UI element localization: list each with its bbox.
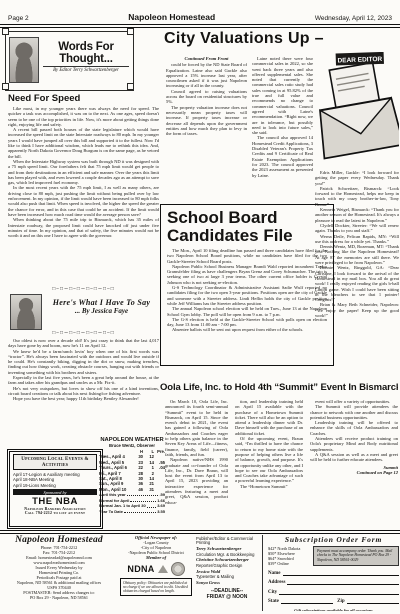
staff-role: Publisher/Editor & Commercial Printing	[196, 537, 258, 547]
footer-paper-name: Napoleon Homestead	[2, 535, 116, 545]
subscription-fields: NameAddressCity	[268, 571, 399, 595]
words-for-thought-title: Words For Thought...	[43, 41, 129, 65]
footer-masthead: Napoleon Homestead Phone: 701-754-2212Fa…	[2, 535, 116, 611]
price-line: $39* Online	[268, 561, 310, 566]
staff-name: Sonya Gross	[196, 580, 258, 585]
paragraph: Napoleon native/NHS 1990 graduate and co…	[165, 457, 228, 505]
zip-field-label: Zip	[337, 599, 345, 604]
paragraph: Council agreed to raising valuations acr…	[166, 89, 247, 105]
field-label: Address	[268, 580, 285, 585]
page-header: Page 2 Napoleon Homestead Wednesday, Apr…	[8, 12, 392, 22]
frame-corner-icon	[127, 83, 134, 90]
paragraph: Attendees will receive product training …	[310, 436, 398, 452]
field-label: City	[268, 590, 277, 595]
oola-col3: event will offer a variety of opportunit…	[310, 399, 398, 527]
weather-total-value: 3.55	[157, 509, 165, 515]
dot-leader	[124, 512, 156, 513]
page-number: Page 2	[8, 15, 29, 22]
subscription-prices: $42* North Dakota$50* Elsewhere$64* Snow…	[268, 546, 310, 566]
weather-totals: April this year.59Normal for April1.66No…	[99, 492, 165, 514]
paragraph: Especially in the last five years, he's …	[8, 375, 159, 386]
state-field-label: State	[268, 599, 279, 604]
paragraph: He's not very outspoken, but loves to sh…	[8, 386, 159, 397]
dot-leader	[147, 507, 156, 508]
footer-official: Official Newspaper of: -Logan County-Cit…	[120, 535, 192, 611]
gift-note: Gift subscriptions available for all occ…	[268, 608, 399, 611]
footer-rule	[0, 530, 400, 534]
oola-headline: Oola Life, Inc. to Hold 4th “Summit” Eve…	[160, 382, 398, 396]
paragraph: The G-S election is held at the Gackle-S…	[167, 317, 327, 328]
oola-col2: tion, and leadership training held on Ap…	[235, 399, 303, 527]
city-valuations-headline: City Valuations Up –	[164, 30, 354, 50]
editor-photo	[9, 37, 39, 83]
paragraph: Napoleon Public School Business Manager …	[167, 264, 327, 285]
field-line	[283, 571, 400, 576]
paragraph: When thinking about the 75 mile trip to …	[8, 217, 159, 238]
paragraph: The “Hometown Summit”	[235, 484, 303, 489]
staff-list: Publisher/Editor & Commercial PrintingTe…	[196, 537, 258, 585]
field-line	[287, 580, 399, 585]
weather-total-label: Year To Date	[99, 509, 123, 515]
frame-corner-icon	[2, 28, 9, 35]
article-need-for-speed: Need For Speed Like most, in my younger …	[8, 93, 159, 285]
field-line	[279, 590, 399, 595]
paragraph: The council also approved 14 Homestead C…	[252, 135, 313, 177]
ndna-mountain-icon	[158, 565, 168, 573]
weather-value: 46	[132, 487, 143, 492]
city-valuations-body1: could be forced by the ND State Board of…	[166, 62, 247, 136]
dot-leader	[130, 501, 156, 502]
field-label: Name	[268, 571, 281, 576]
subscription-title: Subscription Order Form	[268, 535, 399, 544]
paragraph: In the most recent years with the 75 mph…	[8, 185, 159, 217]
paragraph: tion, and leadership training held on Ap…	[235, 399, 303, 436]
logo-row: NDNA	[120, 562, 192, 576]
paragraph: Like most, in my younger years there was…	[8, 106, 159, 127]
paragraph: Leadership training will be offered to e…	[310, 420, 398, 436]
oola-col1: On March 10, Oola Life, Inc. announced i…	[165, 399, 228, 527]
paragraph: April 18-NBA Meeting	[13, 477, 97, 482]
paragraph: The Mon., April 10 filing deadline has p…	[167, 248, 327, 264]
weather-total-row: Year To Date3.55	[99, 509, 165, 515]
subscription-form: Subscription Order Form $42* North Dakot…	[262, 535, 399, 611]
dear-editor-graphic: DEAR EDITOR	[315, 52, 399, 166]
form-field-row: Name	[268, 571, 399, 576]
paragraph: Hope you have the best year; happy 11th …	[8, 396, 159, 401]
continued-from-front: Continued From Front	[166, 56, 247, 61]
words-for-thought-box: Words For Thought... By Editor Terry Sch…	[5, 31, 134, 91]
sponsored-by-label: Sponsored by	[13, 489, 97, 495]
state-zip-row: State Zip	[268, 599, 399, 604]
issue-date: Wednesday, April 12, 2023	[315, 15, 392, 22]
heres-what-content: Here's What I Have To Say ... By Jessica…	[8, 293, 159, 331]
footer-masthead-lines: Phone: 701-754-2212Fax: 701-754-2212Emai…	[2, 545, 116, 600]
paragraph: A Q&A session as well as a meet and gree…	[310, 452, 398, 463]
newspaper-title: Napoleon Homestead	[128, 12, 215, 22]
city-valuations-col2: Laine noted there were four commercial s…	[252, 56, 313, 204]
paragraph: A recent bill passed both houses of the …	[8, 127, 159, 159]
letter: Edris Miller, Gackle: “I look forward fo…	[315, 170, 399, 186]
sponsor-name: THE NBA	[13, 496, 97, 507]
words-for-thought-byline: By Editor Terry Schwartzenberger	[43, 66, 129, 73]
heres-what-byline: ... By Jessica Faye	[46, 307, 157, 315]
weather-box: NAPOLEON WEATHER Bruce Wentz, Observer H…	[99, 437, 165, 529]
decorative-border-bottom	[8, 331, 159, 335]
paragraph: Absentee ballots will be sent out upon r…	[167, 327, 327, 332]
oola-body1: On March 10, Oola Life, Inc. announced i…	[165, 399, 228, 505]
heres-what-body: Our oldest is now over a decade old! It'…	[8, 338, 159, 402]
newspaper-page: Page 2 Napoleon Homestead Wednesday, Apr…	[0, 0, 400, 614]
ndna-logo: NDNA	[127, 564, 154, 574]
paragraph: The property valuation increase does not…	[166, 105, 247, 137]
heres-what-box: Here's What I Have To Say ... By Jessica…	[8, 287, 159, 335]
official-newspaper-list: -Logan County-City of Napoleon-Napoleon …	[120, 540, 192, 555]
city-valuations-body2: Laine noted there were four commercial s…	[252, 56, 313, 178]
paragraph: Of the upcoming event, Braun said, “I'm …	[235, 436, 303, 484]
weather-value: 31	[143, 487, 154, 492]
school-board-box: School Board Candidates File The Mon., A…	[160, 204, 334, 366]
frame-corner-icon	[2, 83, 9, 90]
payment-note-box: Payment must accompany order. Thank you.…	[313, 546, 399, 566]
staff-name: Terry Schwartzenberger	[196, 546, 258, 551]
obituary-policy-box: Obituary policy: Obituaries are publishe…	[120, 578, 192, 596]
jessica-photo	[10, 294, 42, 330]
need-for-speed-body: Like most, in my younger years there was…	[8, 106, 159, 238]
oola-body3: event will offer a variety of opportunit…	[310, 399, 398, 463]
paragraph: We knew he'd be a farm/ranch lovin' boy …	[8, 349, 159, 375]
heres-what-column: Our oldest is now over a decade old! It'…	[8, 338, 159, 446]
paragraph: When the Interstate Highway system was b…	[8, 159, 159, 185]
form-field-row: Address	[268, 580, 399, 585]
staff-name: Jessica Wald	[196, 569, 258, 574]
paragraph: The annual Napoleon school election will…	[167, 306, 327, 317]
events-title: Upcoming Local Events & Activities	[13, 454, 97, 470]
form-field-row: City	[268, 590, 399, 595]
paragraph: April 19-Lions Meeting	[13, 483, 97, 488]
weather-table: HLPre.Tues., April 43012Wed., April 5231…	[99, 449, 165, 492]
paragraph: Our oldest is now over a decade old! It'…	[8, 338, 159, 349]
staff-name: Christine Schwartzenberger	[196, 557, 258, 562]
paragraph: On March 10, Oola Life, Inc. announced i…	[165, 399, 228, 457]
events-box: Upcoming Local Events & Activities April…	[9, 451, 101, 527]
member-of-label: Member of	[120, 555, 192, 560]
envelope-icon: DEAR EDITOR	[315, 52, 399, 166]
heres-what-title: Here's What I Have To Say	[46, 298, 157, 307]
state-field-line	[281, 599, 333, 604]
events-list: April 17-Legion & Auxiliary meetingApril…	[13, 472, 97, 488]
school-board-headline: School Board Candidates File	[167, 209, 327, 245]
dot-leader	[127, 495, 159, 496]
continued-on-page-12: Summit Continued on Page 12	[310, 465, 398, 476]
press-association-seal-icon	[171, 562, 185, 576]
words-for-thought-text: Words For Thought... By Editor Terry Sch…	[43, 35, 129, 87]
oola-body2: tion, and leadership training held on Ap…	[235, 399, 303, 489]
city-valuations-col1: Continued From Front could be forced by …	[166, 56, 247, 202]
deadline-day: FRIDAY @ NOON	[196, 594, 258, 600]
paragraph: The Summit will provide attendees the ch…	[310, 404, 398, 420]
paragraph: PO Box 29 - Napoleon, ND 58561	[2, 595, 116, 600]
header-rule	[0, 24, 400, 28]
paragraph: G-S Technology Coordinator & Administrat…	[167, 285, 327, 306]
paragraph: could be forced by the ND State Board of…	[166, 62, 247, 88]
weather-observer: Bruce Wentz, Observer	[99, 443, 165, 448]
need-for-speed-headline: Need For Speed	[8, 93, 159, 104]
footer-staff: Publisher/Editor & Commercial PrintingTe…	[196, 535, 258, 611]
paragraph: April 17-Legion & Auxiliary meeting	[13, 472, 97, 477]
frame-corner-icon	[127, 28, 134, 35]
paragraph: Laine noted there were four commercial s…	[252, 56, 313, 135]
school-board-body: The Mon., April 10 filing deadline has p…	[167, 248, 327, 333]
zip-field-line	[347, 599, 399, 604]
sponsor-phone: Call 794-2212 to list an event	[13, 511, 97, 515]
